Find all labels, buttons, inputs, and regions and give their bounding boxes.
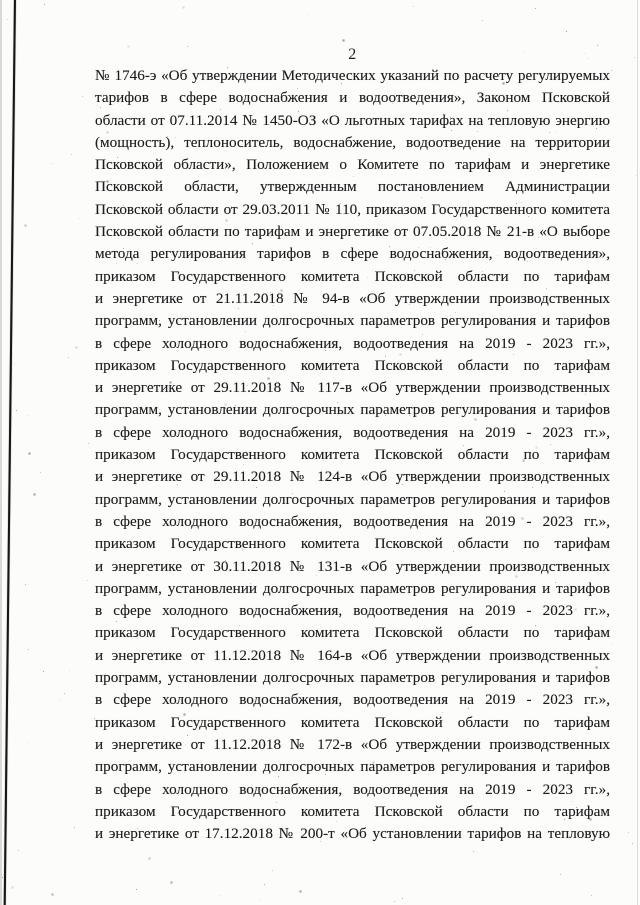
- text-line: Псковской области», Положением о Комитет…: [95, 154, 610, 176]
- text-line: приказом Государственного комитета Псков…: [95, 444, 610, 466]
- text-line: приказом Государственного комитета Псков…: [95, 355, 610, 377]
- text-line: приказом Государственного комитета Псков…: [95, 712, 610, 734]
- text-line: в сфере холодного водоснабжения, водоотв…: [95, 779, 610, 801]
- text-line: в сфере холодного водоснабжения, водоотв…: [95, 600, 610, 622]
- document-content: 2 № 1746-э «Об утверждении Методических …: [95, 44, 610, 845]
- text-line: в сфере холодного водоснабжения, водоотв…: [95, 511, 610, 533]
- scan-edge-shadow-left: [0, 0, 2, 905]
- text-line: тарифов в сфере водоснабжения и водоотве…: [95, 87, 610, 109]
- text-line: в сфере холодного водоснабжения, водоотв…: [95, 689, 610, 711]
- text-line: в сфере холодного водоснабжения, водоотв…: [95, 333, 610, 355]
- text-line: программ, установлении долгосрочных пара…: [95, 667, 610, 689]
- text-line: Псковской области от 29.03.2011 № 110, п…: [95, 199, 610, 221]
- document-body: № 1746-э «Об утверждении Методических ук…: [95, 65, 610, 845]
- scanned-document-page: 2 № 1746-э «Об утверждении Методических …: [0, 0, 640, 905]
- text-line: и энергетике от 11.12.2018 № 164-в «Об у…: [95, 645, 610, 667]
- text-line: программ, установлении долгосрочных пара…: [95, 489, 610, 511]
- text-line: приказом Государственного комитета Псков…: [95, 801, 610, 823]
- text-line: области от 07.11.2014 № 1450-ОЗ «О льгот…: [95, 110, 610, 132]
- text-line: и энергетике от 30.11.2018 № 131-в «Об у…: [95, 556, 610, 578]
- text-line: приказом Государственного комитета Псков…: [95, 533, 610, 555]
- text-line: № 1746-э «Об утверждении Методических ук…: [95, 65, 610, 87]
- scan-artifact-line: [4, 0, 17, 905]
- text-line: приказом Государственного комитета Псков…: [95, 622, 610, 644]
- text-line: и энергетике от 17.12.2018 № 200-т «Об у…: [95, 823, 610, 845]
- text-line: метода регулирования тарифов в сфере вод…: [95, 243, 610, 265]
- text-line: и энергетике от 11.12.2018 № 172-в «Об у…: [95, 734, 610, 756]
- text-line: и энергетике от 21.11.2018 № 94-в «Об ут…: [95, 288, 610, 310]
- text-line: в сфере холодного водоснабжения, водоотв…: [95, 422, 610, 444]
- text-line: и энергетике от 29.11.2018 № 124-в «Об у…: [95, 466, 610, 488]
- page-number: 2: [95, 44, 610, 65]
- text-line: Псковской области по тарифам и энергетик…: [95, 221, 610, 243]
- text-line: (мощность), теплоноситель, водоснабжение…: [95, 132, 610, 154]
- text-line: программ, установлении долгосрочных пара…: [95, 578, 610, 600]
- text-line: программ, установлении долгосрочных пара…: [95, 756, 610, 778]
- text-line: Псковской области, утвержденным постанов…: [95, 176, 610, 198]
- text-line: программ, установлении долгосрочных пара…: [95, 399, 610, 421]
- text-line: приказом Государственного комитета Псков…: [95, 266, 610, 288]
- text-line: и энергетике от 29.11.2018 № 117-в «Об у…: [95, 377, 610, 399]
- text-line: программ, установлении долгосрочных пара…: [95, 310, 610, 332]
- scan-edge-shadow-right: [637, 0, 638, 905]
